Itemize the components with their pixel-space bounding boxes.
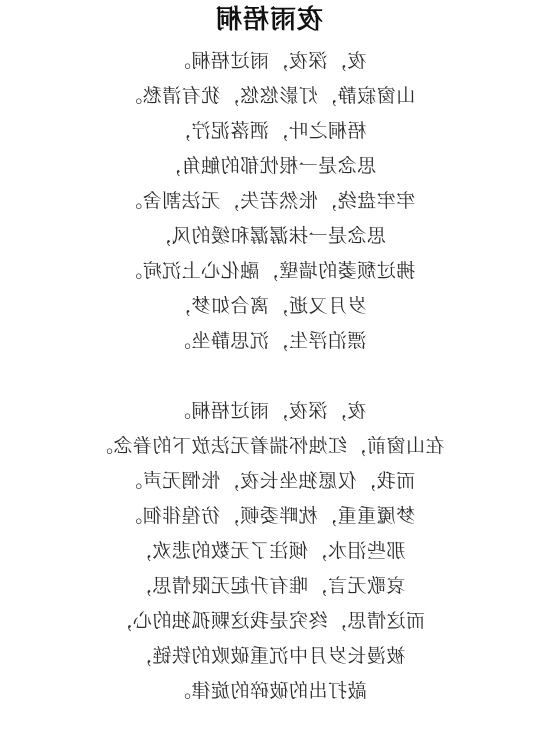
- stanza-2: 夜，深夜，雨过梧桐。 在山窗前，红烛怀揣着无法放下的眷念。 而我，仅愿独坐长夜，…: [0, 394, 538, 709]
- poem-line: 敲打出的破碎的旋律。: [0, 674, 538, 709]
- poem-line: 岁月又逝，离合如梦，: [0, 289, 538, 324]
- poem-page: 夜雨梧桐 夜，深夜，雨过梧桐。 山窗寂静，灯影悠悠，犹有清愁。 梧桐之叶，洒落泥…: [0, 0, 538, 729]
- poem-line: 夜，深夜，雨过梧桐。: [0, 394, 538, 429]
- poem-line: 哀歌无言，唯有升起无限情思，: [0, 569, 538, 604]
- poem-line: 梦魇重重，枕畔委顿，彷徨徘徊。: [0, 499, 538, 534]
- poem-line: 在山窗前，红烛怀揣着无法放下的眷念。: [0, 429, 538, 464]
- poem-line: 而这情思，终究是我这颗孤独的心，: [0, 604, 538, 639]
- poem-line: 被漫长岁月中沉重破败的铁链，: [0, 639, 538, 674]
- poem-line: 思念是一抹潺潺和缓的风，: [0, 219, 538, 254]
- stanza-1: 夜，深夜，雨过梧桐。 山窗寂静，灯影悠悠，犹有清愁。 梧桐之叶，洒落泥泞， 思念…: [0, 44, 538, 359]
- poem-line: 思念是一根忧郁的触角，: [0, 149, 538, 184]
- poem-line: 梧桐之叶，洒落泥泞，: [0, 114, 538, 149]
- poem-line: 而我，仅愿独坐长夜，怅惘无声。: [0, 464, 538, 499]
- poem-line: 山窗寂静，灯影悠悠，犹有清愁。: [0, 79, 538, 114]
- poem-title: 夜雨梧桐: [0, 2, 538, 38]
- poem-line: 拂过颓萎的墙壁，融化心上沉疴。: [0, 254, 538, 289]
- stanza-break: [0, 359, 538, 394]
- poem-line: 漂泊浮生，沉思静坐。: [0, 324, 538, 359]
- poem-line: 夜，深夜，雨过梧桐。: [0, 44, 538, 79]
- poem-line: 牢牢盘绕，怅然若失，无法割舍。: [0, 184, 538, 219]
- poem-line: 那些泪水，倾注了无数的悲欢，: [0, 534, 538, 569]
